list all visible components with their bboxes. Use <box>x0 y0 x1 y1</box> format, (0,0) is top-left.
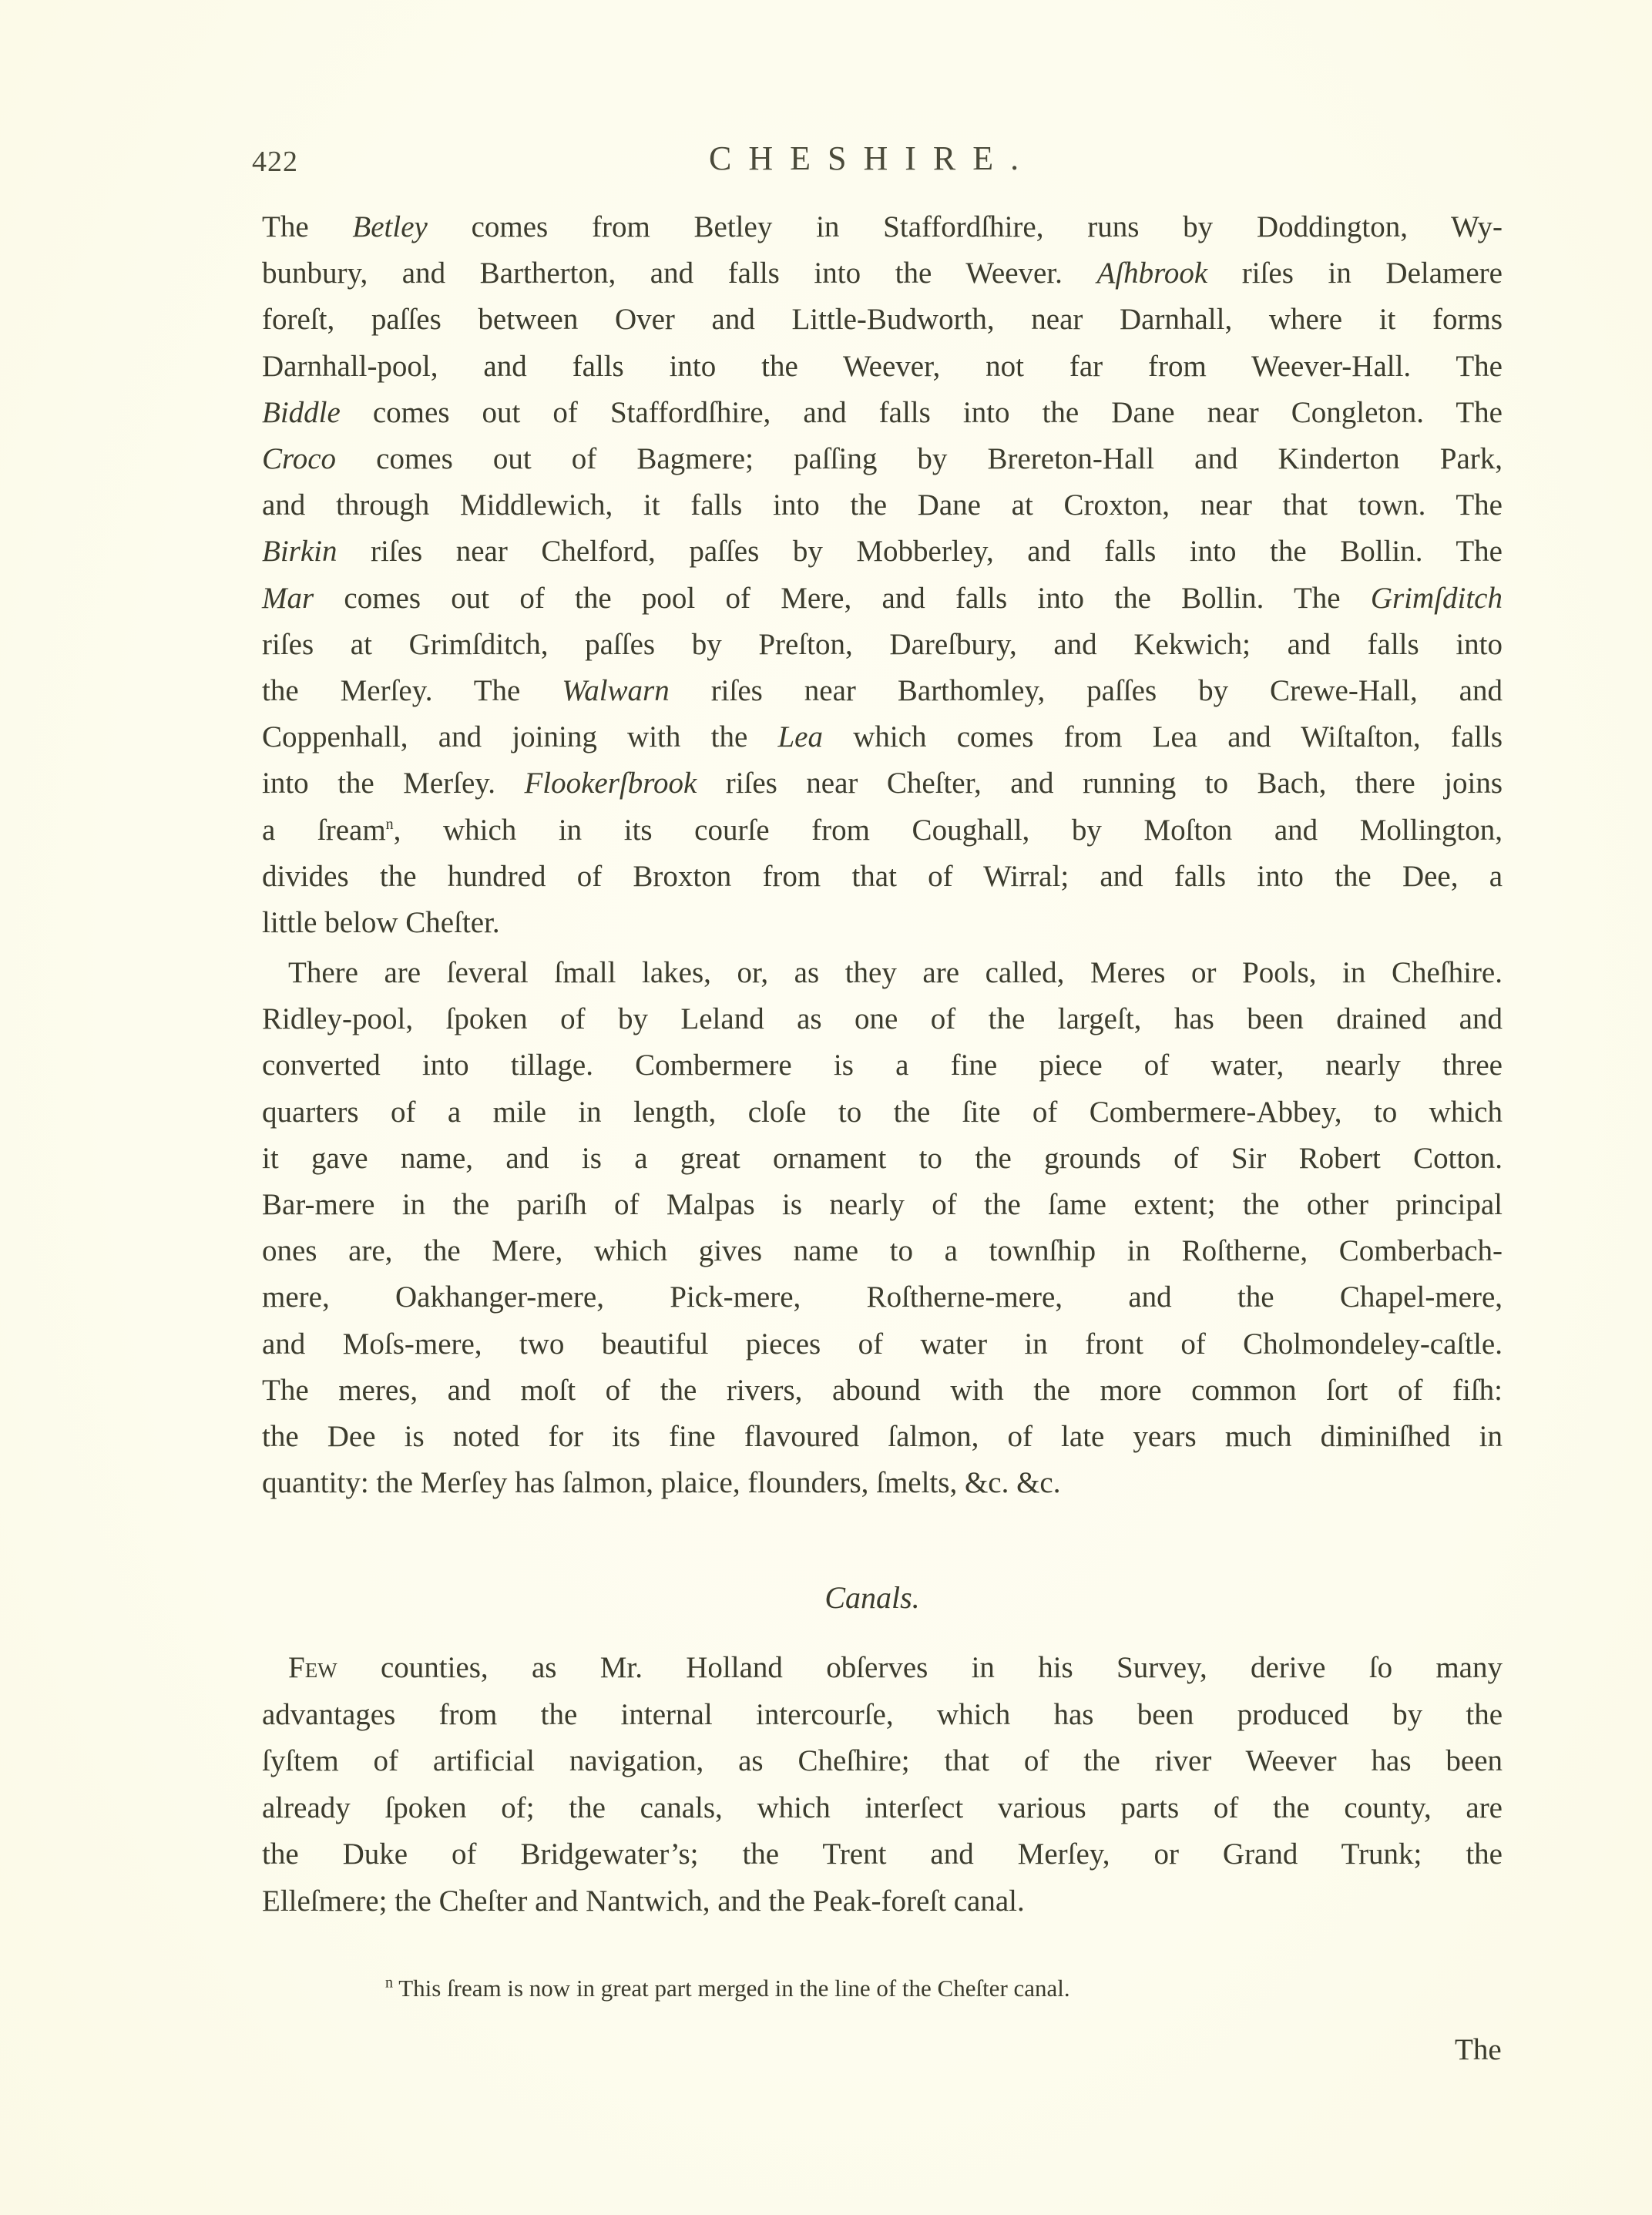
text-segment: riſes near Cheſter, and running to Bach,… <box>697 767 1503 800</box>
text-segment: and through Middlewich, it falls into th… <box>262 488 1503 522</box>
catchword: The <box>1455 2032 1502 2067</box>
text-segment: Ridley-pool, ſpoken of by Leland as one … <box>262 1002 1503 1035</box>
text-line: the Merſey. The Walwarn riſes near Barth… <box>262 672 1503 710</box>
text-segment: , which in its courſe from Coughall, by … <box>394 814 1503 847</box>
text-line: Croco comes out of Bagmere; paſſing by B… <box>262 440 1503 478</box>
text-segment: the Dee is noted for its fine flavoured … <box>262 1420 1503 1453</box>
text-line: Ridley-pool, ſpoken of by Leland as one … <box>262 1000 1503 1039</box>
text-segment: comes from Betley in Staffordſhire, runs… <box>428 210 1503 243</box>
italic-name: Betley <box>352 210 427 243</box>
text-segment: quarters of a mile in length, cloſe to t… <box>262 1096 1503 1129</box>
text-line: a ſreamn, which in its courſe from Cough… <box>262 811 1503 850</box>
text-segment: already ſpoken of; the canals, which int… <box>262 1791 1503 1824</box>
text-line: foreſt, paſſes between Over and Little-B… <box>262 300 1503 339</box>
text-segment: riſes near Barthomley, paſſes by Crewe-H… <box>670 674 1503 707</box>
text-segment: a ſream <box>262 814 386 847</box>
text-segment: riſes near Chelford, paſſes by Mobberley… <box>337 535 1503 568</box>
text-segment: divides the hundred of Broxton from that… <box>262 860 1503 893</box>
text-segment: foreſt, paſſes between Over and Little-B… <box>262 303 1503 336</box>
text-segment: the Merſey. The <box>262 674 562 707</box>
footnote: n This ſream is now in great part merged… <box>385 1975 1070 2002</box>
text-segment: The meres, and moſt of the rivers, aboun… <box>262 1374 1503 1407</box>
italic-name: Croco <box>262 442 336 475</box>
text-line: it gave name, and is a great ornament to… <box>262 1139 1503 1178</box>
text-line: ſyſtem of artificial navigation, as Cheſ… <box>262 1742 1503 1780</box>
section-heading-canals: Canals. <box>0 1579 1652 1616</box>
text-line: and through Middlewich, it falls into th… <box>262 486 1503 525</box>
text-segment: counties, as Mr. Holland obſerves in his… <box>337 1651 1503 1684</box>
text-line: Biddle comes out of Staffordſhire, and f… <box>262 394 1503 432</box>
text-line: riſes at Grimſditch, paſſes by Preſton, … <box>262 626 1503 664</box>
text-segment: advantages from the internal intercourſe… <box>262 1698 1503 1731</box>
text-segment: ſyſtem of artificial navigation, as Cheſ… <box>262 1744 1503 1777</box>
text-segment: Few <box>288 1651 337 1684</box>
text-line: divides the hundred of Broxton from that… <box>262 857 1503 896</box>
footnote-text: This ſream is now in great part merged i… <box>398 1975 1069 2002</box>
text-segment: quantity: the Merſey has ſalmon, plaice,… <box>262 1466 1061 1499</box>
text-line: little below Cheſter. <box>262 904 1503 942</box>
text-line: Bar-mere in the pariſh of Malpas is near… <box>262 1186 1503 1224</box>
text-line: bunbury, and Bartherton, and falls into … <box>262 254 1503 293</box>
italic-name: Mar <box>262 582 314 615</box>
text-segment: Bar-mere in the pariſh of Malpas is near… <box>262 1188 1503 1221</box>
page-number: 422 <box>252 145 298 179</box>
italic-name: Flookerſbrook <box>524 767 697 800</box>
text-segment: bunbury, and Bartherton, and falls into … <box>262 257 1096 290</box>
text-line: ones are, the Mere, which gives name to … <box>262 1232 1503 1270</box>
text-line: Coppenhall, and joining with the Lea whi… <box>262 718 1503 757</box>
text-segment: Elleſmere; the Cheſter and Nantwich, and… <box>262 1884 1025 1918</box>
footnote-marker: n <box>385 1975 393 1992</box>
text-segment: which comes from Lea and Wiſtaſton, fall… <box>823 720 1503 753</box>
book-page: 422 CHESHIRE. The Betley comes from Betl… <box>0 0 1652 2215</box>
footnote-ref: n <box>386 816 394 833</box>
text-line: quantity: the Merſey has ſalmon, plaice,… <box>262 1464 1503 1502</box>
text-line: Birkin riſes near Chelford, paſſes by Mo… <box>262 532 1503 571</box>
text-segment: it gave name, and is a great ornament to… <box>262 1142 1503 1175</box>
italic-name: Birkin <box>262 535 337 568</box>
text-segment: riſes at Grimſditch, paſſes by Preſton, … <box>262 628 1503 661</box>
text-line: quarters of a mile in length, cloſe to t… <box>262 1093 1503 1132</box>
text-segment: and Moſs-mere, two beautiful pieces of w… <box>262 1327 1503 1361</box>
text-segment: The <box>262 210 352 243</box>
text-line: Elleſmere; the Cheſter and Nantwich, and… <box>262 1882 1503 1921</box>
text-segment: the Duke of Bridgewater’s; the Trent and… <box>262 1837 1503 1871</box>
text-segment: into the Merſey. <box>262 767 524 800</box>
text-segment: Coppenhall, and joining with the <box>262 720 777 753</box>
text-segment: Darnhall-pool, and falls into the Weever… <box>262 350 1503 383</box>
text-line: into the Merſey. Flookerſbrook riſes nea… <box>262 764 1503 803</box>
text-segment: mere, Oakhanger-mere, Pick-mere, Roſther… <box>262 1280 1503 1314</box>
italic-name: Aſhbrook <box>1096 257 1207 290</box>
text-segment: converted into tillage. Combermere is a … <box>262 1049 1503 1082</box>
text-line: Few counties, as Mr. Holland obſerves in… <box>288 1649 1503 1687</box>
text-line: mere, Oakhanger-mere, Pick-mere, Roſther… <box>262 1278 1503 1317</box>
running-title: CHESHIRE. <box>709 139 1036 178</box>
text-line: The Betley comes from Betley in Stafford… <box>262 208 1503 247</box>
text-line: The meres, and moſt of the rivers, aboun… <box>262 1371 1503 1410</box>
text-segment: riſes in Delamere <box>1207 257 1503 290</box>
text-segment: little below Cheſter. <box>262 906 500 939</box>
text-line: the Dee is noted for its fine flavoured … <box>262 1418 1503 1456</box>
text-line: the Duke of Bridgewater’s; the Trent and… <box>262 1835 1503 1874</box>
text-segment: comes out of Staffordſhire, and falls in… <box>341 396 1503 429</box>
italic-name: Lea <box>777 720 823 753</box>
italic-name: Walwarn <box>562 674 669 707</box>
text-line: Darnhall-pool, and falls into the Weever… <box>262 347 1503 386</box>
running-head: 422 CHESHIRE. <box>0 139 1652 185</box>
text-segment: There are ſeveral ſmall lakes, or, as th… <box>288 956 1503 989</box>
text-segment: comes out of Bagmere; paſſing by Brereto… <box>336 442 1503 475</box>
italic-name: Grimſditch <box>1371 582 1503 615</box>
text-line: converted into tillage. Combermere is a … <box>262 1046 1503 1085</box>
text-segment: ones are, the Mere, which gives name to … <box>262 1234 1503 1267</box>
text-segment: comes out of the pool of Mere, and falls… <box>314 582 1371 615</box>
italic-name: Biddle <box>262 396 341 429</box>
text-line: already ſpoken of; the canals, which int… <box>262 1789 1503 1827</box>
text-line: advantages from the internal intercourſe… <box>262 1696 1503 1734</box>
text-line: There are ſeveral ſmall lakes, or, as th… <box>288 954 1503 992</box>
text-line: Mar comes out of the pool of Mere, and f… <box>262 579 1503 618</box>
text-line: and Moſs-mere, two beautiful pieces of w… <box>262 1325 1503 1364</box>
